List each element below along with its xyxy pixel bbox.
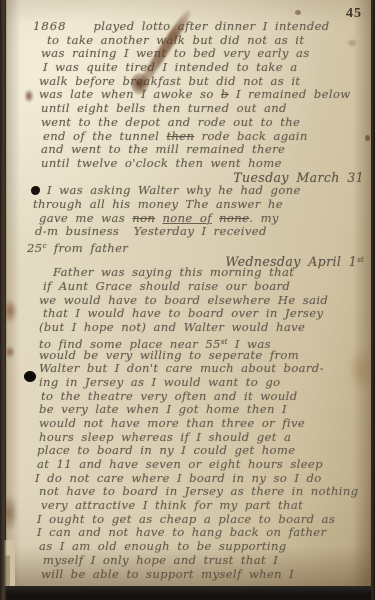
diary-line: hours sleep whereas if I should get a <box>6 431 371 445</box>
diary-line: gave me was non none of none. my <box>6 212 371 226</box>
handwriting-segment: I do not care where I board in ny so I d… <box>35 471 322 485</box>
diary-line: 1868played lotto after dinner I intended <box>6 20 371 34</box>
strikethrough-word: non <box>132 211 155 225</box>
handwriting-segment: was late when I awoke so <box>39 87 221 101</box>
handwriting-segment: end of the tunnel <box>43 129 166 143</box>
date-heading: Tuesday March 31 <box>6 171 371 185</box>
handwriting-segment: I remained below <box>229 87 351 101</box>
diary-line: if Aunt Grace should raise our board <box>6 280 371 294</box>
diary-line: that I would have to board over in Jerse… <box>6 307 371 321</box>
paper-speck <box>295 10 301 15</box>
handwriting-segment: myself I only hope and trust that I <box>43 553 278 567</box>
diary-line: would be very willing to seperate from <box>6 349 371 363</box>
handwriting-segment: and went to the mill remained there <box>41 142 285 156</box>
diary-line: I can and not have to hang back on fathe… <box>6 526 371 540</box>
diary-line: d-m business Yesterday I received <box>6 225 371 239</box>
diary-line: myself I only hope and trust that I <box>6 554 371 568</box>
handwriting-segment: until twelve o'clock then went home <box>41 156 282 170</box>
diary-line: Walter but I don't care much about board… <box>6 362 371 376</box>
handwriting-segment: was raining I went to bed very early as <box>41 46 310 60</box>
handwriting-segment: I was asking Walter why he had gone <box>47 183 301 197</box>
handwriting-segment: Father was saying this morning that <box>53 265 294 279</box>
diary-line: until twelve o'clock then went home <box>6 157 371 171</box>
handwriting-segment: I can and not have to hang back on fathe… <box>37 525 326 539</box>
handwriting-segment: would be very willing to seperate from <box>39 348 299 362</box>
binding-shadow <box>0 0 7 600</box>
handwriting-segment: none of <box>162 211 211 225</box>
diary-line: not have to board in Jersey as there in … <box>6 485 371 499</box>
diary-line: as I am old enough to be supporting <box>6 540 371 554</box>
diary-line: I was quite tired I intended to take a <box>6 61 371 75</box>
handwriting-segment: to take another walk but did not as it <box>47 33 304 47</box>
handwriting-segment: rode back again <box>194 129 307 143</box>
handwriting-segment: from father <box>47 241 129 255</box>
handwriting-segment: to the theatre very often and it would <box>41 389 298 403</box>
diary-line: I do not care where I board in ny so I d… <box>6 472 371 486</box>
handwriting-segment: I ought to get as cheap a place to board… <box>37 512 335 526</box>
handwriting-segment: went to the depot and rode out to the <box>41 115 300 129</box>
handwriting-segment: . my <box>249 211 279 225</box>
diary-line: we would have to board elsewhere He said <box>6 294 371 308</box>
handwriting-segment: played lotto after dinner I intended <box>94 19 330 33</box>
handwriting-segment: (but I hope not) and Walter would have <box>39 320 305 334</box>
handwriting-segment: we would have to board elsewhere He said <box>39 293 328 307</box>
diary-line: (but I hope not) and Walter would have <box>6 321 371 335</box>
handwriting-segment: I was quite tired I intended to take a <box>43 60 298 74</box>
year-label: 1868 <box>33 19 67 33</box>
handwriting-segment: place to board in ny I could get home <box>37 443 295 457</box>
strikethrough-word: none <box>219 211 249 225</box>
handwriting-segment: ing in Jersey as I would want to go <box>39 375 280 389</box>
diary-line: ing in Jersey as I would want to go <box>6 376 371 390</box>
handwriting-segment: Walter but I don't care much about board… <box>39 361 324 375</box>
handwriting-segment: that I would have to board over in Jerse… <box>43 306 323 320</box>
handwriting-segment: until eight bells then turned out and <box>41 101 287 115</box>
handwriting-segment: as I am old enough to be supporting <box>39 539 287 553</box>
handwriting-segment: 25 <box>27 241 42 255</box>
diary-line: be very late when I got home then I <box>6 403 371 417</box>
strikethrough-word: b <box>221 87 229 101</box>
handwriting-segment: hours sleep whereas if I should get a <box>39 430 291 444</box>
diary-line: to take another walk but did not as it <box>6 34 371 48</box>
diary-line: place to board in ny I could get home <box>6 444 371 458</box>
diary-line: to the theatre very often and it would <box>6 390 371 404</box>
diary-line: would not have more than three or five <box>6 417 371 431</box>
handwriting-segment: not have to board in Jersey as there in … <box>39 484 358 498</box>
diary-page: 45 1868played lotto after dinner I inten… <box>6 0 371 587</box>
diary-line: very attractive I think for my part that <box>6 499 371 513</box>
diary-line: was raining I went to bed very early as <box>6 47 371 61</box>
handwriting-segment: if Aunt Grace should raise our board <box>43 279 290 293</box>
handwriting-segment: st <box>221 337 228 346</box>
diary-line: until eight bells then turned out and <box>6 102 371 116</box>
diary-line: at 11 and have seven or eight hours slee… <box>6 458 371 472</box>
diary-line: and went to the mill remained there <box>6 143 371 157</box>
handwriting-segment: be very late when I got home then I <box>39 402 287 416</box>
page-right-edge <box>371 0 375 600</box>
diary-line: was late when I awoke so b I remained be… <box>6 88 371 102</box>
handwriting-segment: at 11 and have seven or eight hours slee… <box>37 457 323 471</box>
handwritten-text: 1868played lotto after dinner I intended… <box>6 20 371 581</box>
diary-scan: { "page": { "number": "45", "paper_color… <box>0 0 375 600</box>
handwriting-segment: through all his money The answer he <box>33 197 283 211</box>
handwriting-segment: st <box>357 255 364 264</box>
diary-line: end of the tunnel then rode back again <box>6 130 371 144</box>
diary-line: through all his money The answer he <box>6 198 371 212</box>
handwriting-segment: very attractive I think for my part that <box>41 498 303 512</box>
diary-line: walk before breakfast but did not as it <box>6 75 371 89</box>
diary-line: will be able to support myself when I <box>6 568 371 582</box>
handwriting-segment: gave me was <box>39 211 132 225</box>
handwriting-segment: would not have more than three or five <box>39 416 305 430</box>
strikethrough-word: then <box>166 129 194 143</box>
handwriting-segment: d-m business Yesterday I received <box>35 224 267 238</box>
diary-line: I ought to get as cheap a place to board… <box>6 513 371 527</box>
diary-line: I was asking Walter why he had gone <box>6 184 371 198</box>
diary-line: to find some place near 55st I was <box>6 335 371 349</box>
handwriting-segment: walk before breakfast but did not as it <box>39 74 300 88</box>
diary-line: 25c from father <box>6 239 371 253</box>
book-bottom-edge <box>0 586 375 600</box>
handwriting-segment: will be able to support myself when I <box>41 567 294 581</box>
diary-line: went to the depot and rode out to the <box>6 116 371 130</box>
